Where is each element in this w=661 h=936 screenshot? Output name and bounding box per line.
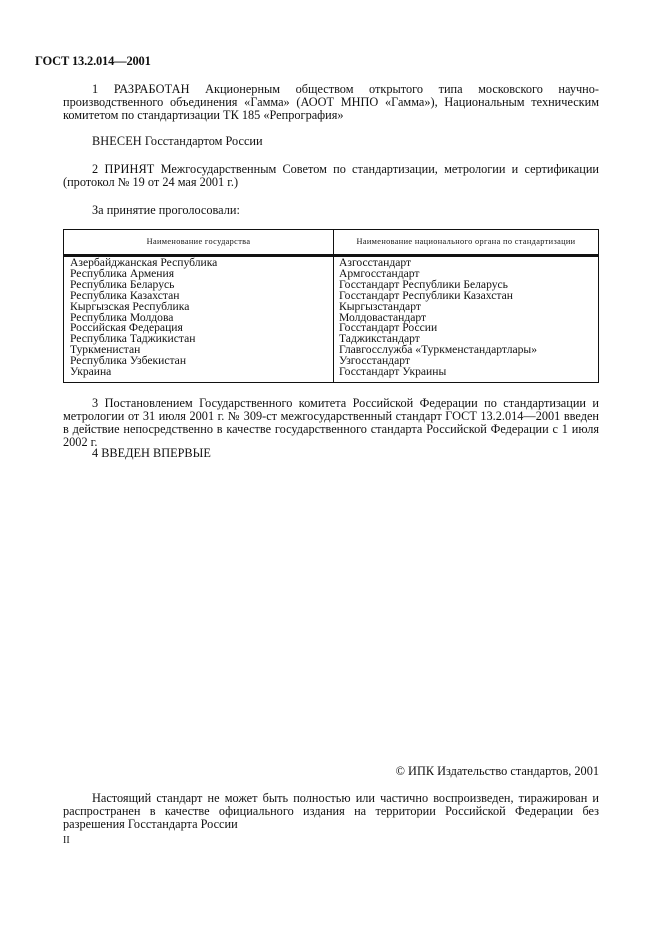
page-number: II (63, 834, 70, 847)
table-cell-standards-body: Госстандарт Украины (339, 367, 537, 378)
section-2-lead: 2 ПРИНЯТ (92, 162, 154, 176)
table-column-divider (333, 230, 334, 382)
voting-table: Наименование государства Наименование на… (63, 229, 599, 383)
reproduction-notice-text: Настоящий стандарт не может быть полност… (63, 791, 599, 831)
section-1-submitted: ВНЕСЕН Госстандартом России (63, 135, 599, 148)
section-3-resolution: 3 Постановлением Государственного комите… (63, 397, 599, 449)
table-column-states: Азербайджанская Республика Республика Ар… (70, 258, 217, 378)
reproduction-notice: Настоящий стандарт не может быть полност… (63, 792, 599, 831)
table-cell-state: Украина (70, 367, 217, 378)
vote-intro: За принятие проголосовали: (63, 204, 599, 217)
section-3-text: 3 Постановлением Государственного комите… (63, 396, 599, 449)
table-column-standards-bodies: Азгосстандарт Армгосстандарт Госстандарт… (339, 258, 537, 378)
table-header-standards-body: Наименование национального органа по ста… (334, 236, 598, 248)
section-1b-lead: ВНЕСЕН (92, 134, 142, 148)
section-1b-text: Госстандартом России (142, 134, 263, 148)
copyright-notice: © ИПК Издательство стандартов, 2001 (396, 765, 599, 778)
vote-intro-text: За принятие проголосовали: (92, 203, 240, 217)
section-2-adopted: 2 ПРИНЯТ Межгосударственным Советом по с… (63, 163, 599, 189)
table-header-state: Наименование государства (64, 236, 333, 248)
section-1-lead: 1 РАЗРАБОТАН (92, 82, 190, 96)
section-1-developed: 1 РАЗРАБОТАН Акционерным обществом откры… (63, 83, 599, 122)
section-4-first-introduced: 4 ВВЕДЕН ВПЕРВЫЕ (63, 447, 599, 460)
document-code: ГОСТ 13.2.014—2001 (35, 55, 151, 68)
section-4-text: 4 ВВЕДЕН ВПЕРВЫЕ (92, 446, 211, 460)
